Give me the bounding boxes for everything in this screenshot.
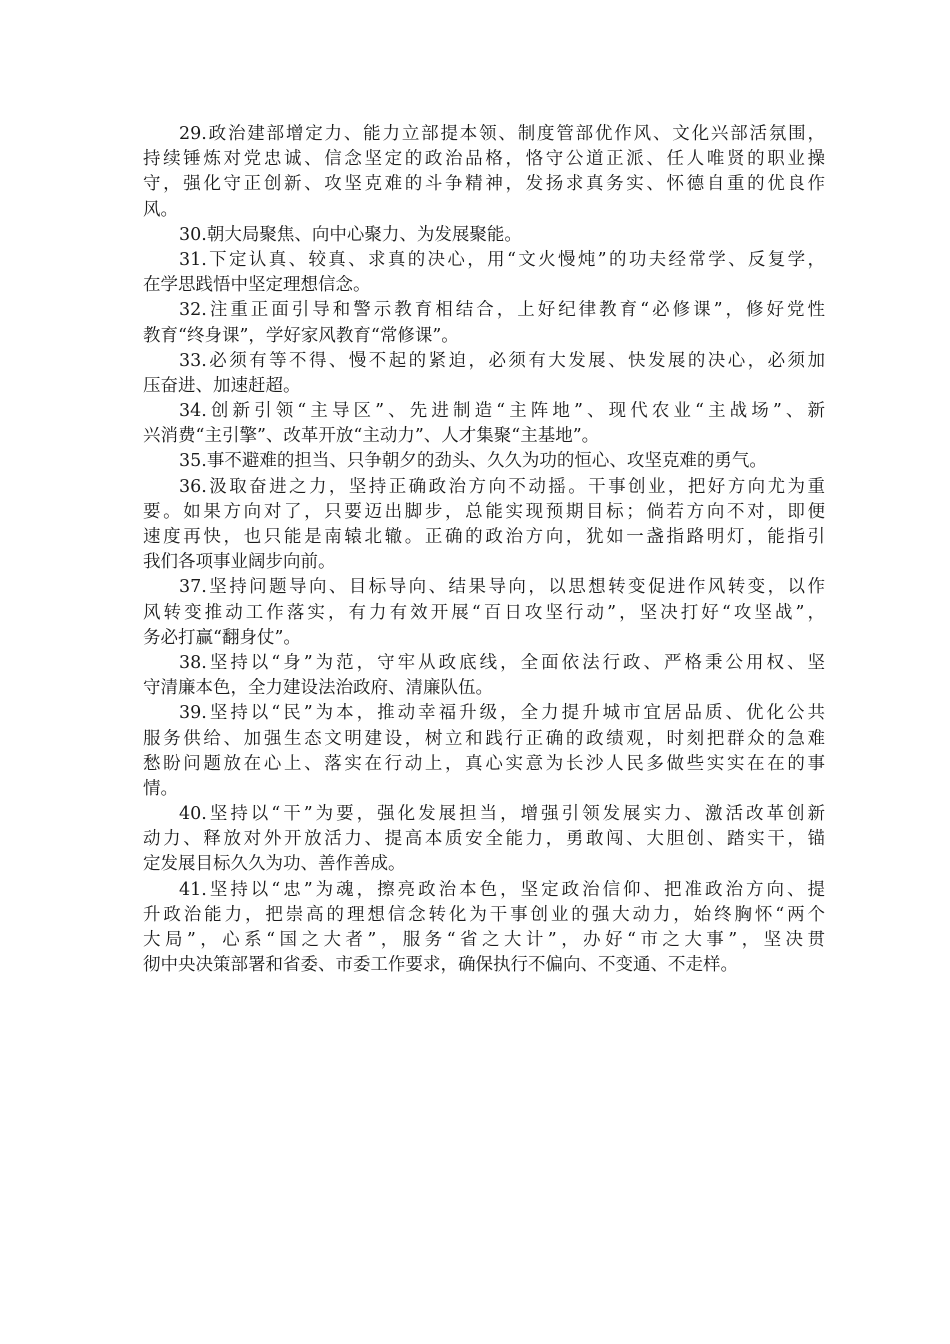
text-line: 35.事不避难的担当、只争朝夕的劲头、久久为功的恒心、攻坚克难的勇气。 bbox=[143, 449, 825, 474]
text-line: 升政治能力，把崇高的理想信念转化为干事创业的强大动力，始终胸怀“两个 bbox=[143, 903, 825, 928]
text-line: 定发展目标久久为功、善作善成。 bbox=[143, 852, 825, 877]
text-line: 36.汲取奋进之力，坚持正确政治方向不动摇。干事创业，把好方向尤为重 bbox=[143, 475, 825, 500]
text-line: 37.坚持问题导向、目标导向、结果导向，以思想转变促进作风转变，以作 bbox=[143, 575, 825, 600]
text-line: 33.必须有等不得、慢不起的紧迫，必须有大发展、快发展的决心，必须加 bbox=[143, 349, 825, 374]
text-line: 守清廉本色，全力建设法治政府、清廉队伍。 bbox=[143, 676, 825, 701]
text-line: 大局”，心系“国之大者”，服务“省之大计”，办好“市之大事”，坚决贯 bbox=[143, 928, 825, 953]
paragraph-30: 30.朝大局聚焦、向中心聚力、为发展聚能。 bbox=[143, 223, 825, 248]
text-line: 兴消费“主引擎”、改革开放“主动力”、人才集聚“主基地”。 bbox=[143, 424, 825, 449]
text-line: 29.政治建部增定力、能力立部提本领、制度管部优作风、文化兴部活氛围， bbox=[143, 122, 825, 147]
text-line: 31.下定认真、较真、求真的决心，用“文火慢炖”的功夫经常学、反复学， bbox=[143, 248, 825, 273]
text-line: 34.创新引领“主导区”、先进制造“主阵地”、现代农业“主战场”、新 bbox=[143, 399, 825, 424]
text-line: 持续锤炼对党忠诚、信念坚定的政治品格，恪守公道正派、任人唯贤的职业操 bbox=[143, 147, 825, 172]
text-line: 40.坚持以“干”为要，强化发展担当，增强引领发展实力、激活改革创新 bbox=[143, 802, 825, 827]
text-line: 彻中央决策部署和省委、市委工作要求，确保执行不偏向、不变通、不走样。 bbox=[143, 953, 825, 978]
paragraph-34: 34.创新引领“主导区”、先进制造“主阵地”、现代农业“主战场”、新 兴消费“主… bbox=[143, 399, 825, 449]
paragraph-29: 29.政治建部增定力、能力立部提本领、制度管部优作风、文化兴部活氛围， 持续锤炼… bbox=[143, 122, 825, 223]
text-line: 务必打赢“翻身仗”。 bbox=[143, 626, 825, 651]
document-page: 29.政治建部增定力、能力立部提本领、制度管部优作风、文化兴部活氛围， 持续锤炼… bbox=[143, 122, 825, 978]
paragraph-37: 37.坚持问题导向、目标导向、结果导向，以思想转变促进作风转变，以作 风转变推动… bbox=[143, 575, 825, 651]
paragraph-35: 35.事不避难的担当、只争朝夕的劲头、久久为功的恒心、攻坚克难的勇气。 bbox=[143, 449, 825, 474]
paragraph-31: 31.下定认真、较真、求真的决心，用“文火慢炖”的功夫经常学、反复学， 在学思践… bbox=[143, 248, 825, 298]
text-line: 愁盼问题放在心上、落实在行动上，真心实意为长沙人民多做些实实在在的事 bbox=[143, 752, 825, 777]
text-line: 风转变推动工作落实，有力有效开展“百日攻坚行动”，坚决打好“攻坚战”， bbox=[143, 601, 825, 626]
text-line: 在学思践悟中坚定理想信念。 bbox=[143, 273, 825, 298]
text-line: 压奋进、加速赶超。 bbox=[143, 374, 825, 399]
text-line: 情。 bbox=[143, 777, 825, 802]
paragraph-38: 38.坚持以“身”为范，守牢从政底线，全面依法行政、严格秉公用权、坚 守清廉本色… bbox=[143, 651, 825, 701]
text-line: 风。 bbox=[143, 198, 825, 223]
text-line: 要。如果方向对了，只要迈出脚步，总能实现预期目标；倘若方向不对，即便 bbox=[143, 500, 825, 525]
paragraph-33: 33.必须有等不得、慢不起的紧迫，必须有大发展、快发展的决心，必须加 压奋进、加… bbox=[143, 349, 825, 399]
text-line: 动力、释放对外开放活力、提高本质安全能力，勇敢闯、大胆创、踏实干，锚 bbox=[143, 827, 825, 852]
text-line: 38.坚持以“身”为范，守牢从政底线，全面依法行政、严格秉公用权、坚 bbox=[143, 651, 825, 676]
text-line: 30.朝大局聚焦、向中心聚力、为发展聚能。 bbox=[143, 223, 825, 248]
paragraph-41: 41.坚持以“忠”为魂，擦亮政治本色，坚定政治信仰、把准政治方向、提 升政治能力… bbox=[143, 878, 825, 979]
text-line: 服务供给、加强生态文明建设，树立和践行正确的政绩观，时刻把群众的急难 bbox=[143, 727, 825, 752]
paragraph-32: 32.注重正面引导和警示教育相结合，上好纪律教育“必修课”，修好党性 教育“终身… bbox=[143, 298, 825, 348]
text-line: 守，强化守正创新、攻坚克难的斗争精神，发扬求真务实、怀德自重的优良作 bbox=[143, 172, 825, 197]
paragraph-36: 36.汲取奋进之力，坚持正确政治方向不动摇。干事创业，把好方向尤为重 要。如果方… bbox=[143, 475, 825, 576]
text-line: 39.坚持以“民”为本，推动幸福升级，全力提升城市宜居品质、优化公共 bbox=[143, 701, 825, 726]
paragraph-40: 40.坚持以“干”为要，强化发展担当，增强引领发展实力、激活改革创新 动力、释放… bbox=[143, 802, 825, 878]
text-line: 41.坚持以“忠”为魂，擦亮政治本色，坚定政治信仰、把准政治方向、提 bbox=[143, 878, 825, 903]
text-line: 速度再快，也只能是南辕北辙。正确的政治方向，犹如一盏指路明灯，能指引 bbox=[143, 525, 825, 550]
text-line: 我们各项事业阔步向前。 bbox=[143, 550, 825, 575]
paragraph-39: 39.坚持以“民”为本，推动幸福升级，全力提升城市宜居品质、优化公共 服务供给、… bbox=[143, 701, 825, 802]
text-line: 教育“终身课”，学好家风教育“常修课”。 bbox=[143, 324, 825, 349]
text-line: 32.注重正面引导和警示教育相结合，上好纪律教育“必修课”，修好党性 bbox=[143, 298, 825, 323]
